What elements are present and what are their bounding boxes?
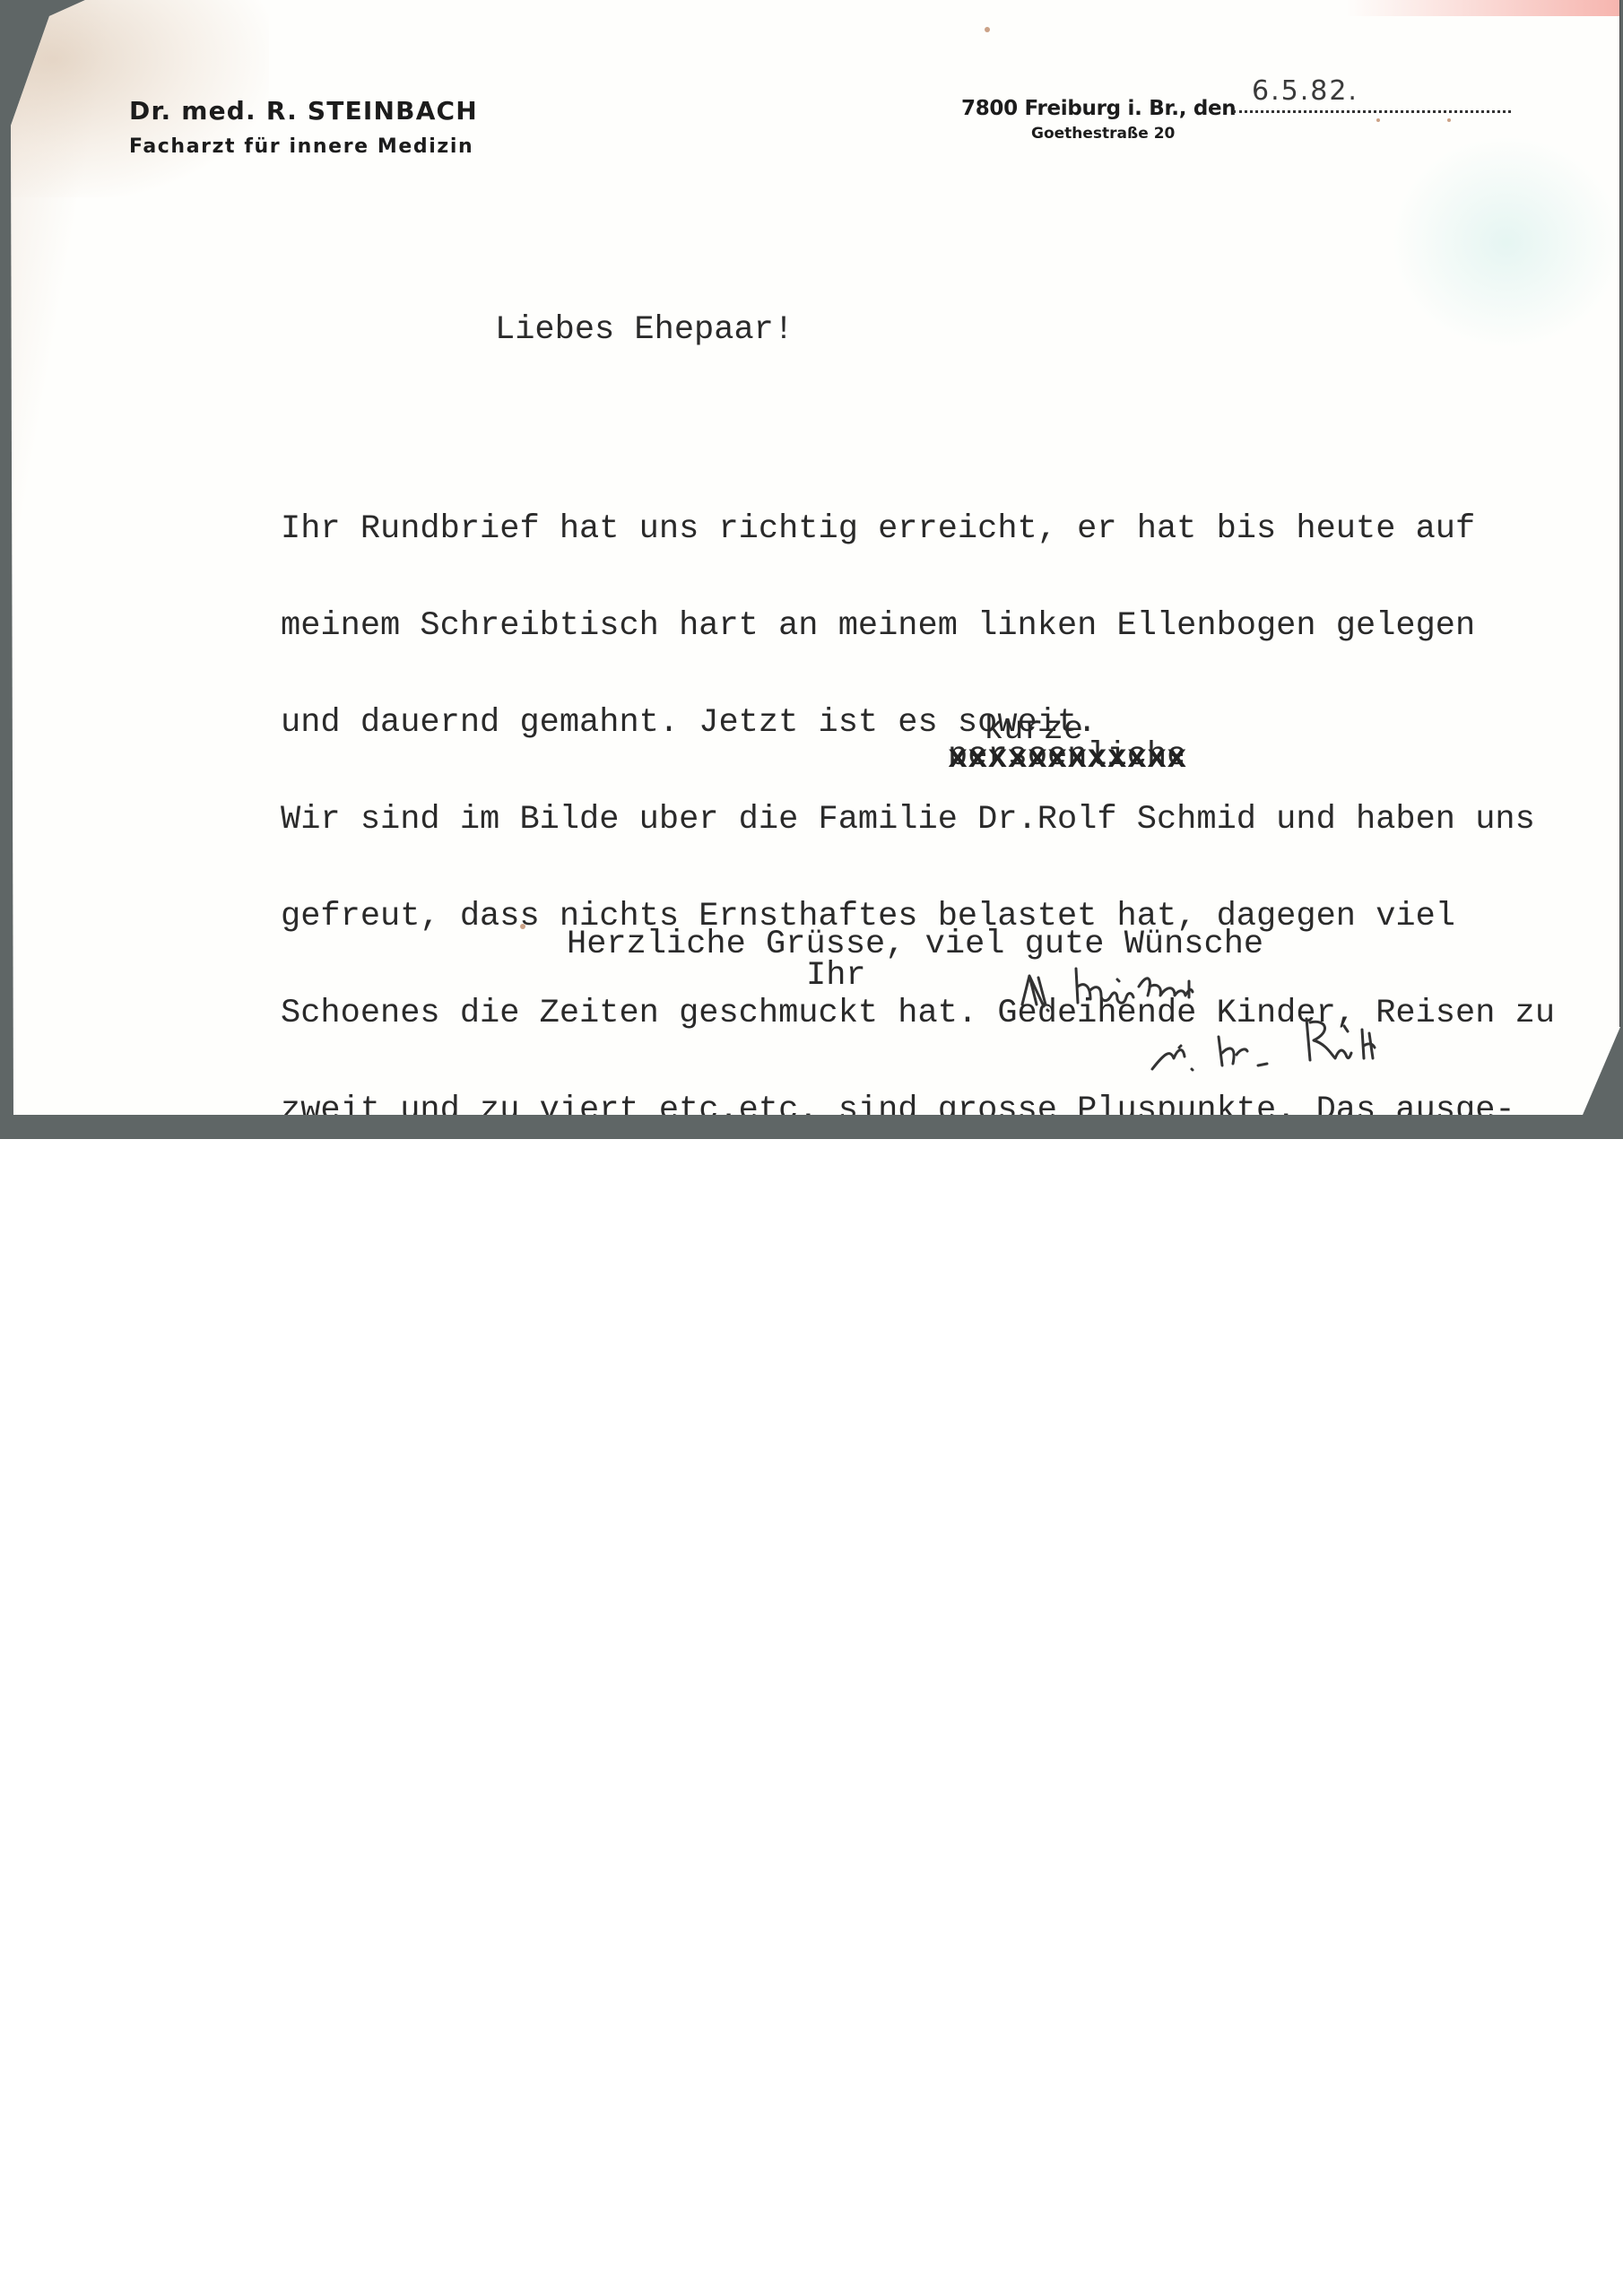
body-line: erhält. <box>281 1869 1615 1901</box>
letter-body: Ihr Rundbrief hat uns richtig erreicht, … <box>281 448 1615 1966</box>
letterhead-specialty: Facharzt für innere Medizin <box>129 133 478 161</box>
letter-paper: Dr. med. R. STEINBACH Facharzt für inner… <box>0 0 1623 1119</box>
letterhead-name: Dr. med. R. STEINBACH <box>129 93 478 129</box>
body-line: ein wundervolles Korsett, das leistungsf… <box>281 1772 1615 1805</box>
body-line: rätselhaft, wie Sie, Herr Abteilungsleit… <box>281 1288 1615 1320</box>
closing-greeting: Herzliche Grüsse, viel gute Wünsche <box>567 928 1263 961</box>
body-line: brochene Japanhobby moege weiter durchge… <box>281 1191 1615 1223</box>
place-date-block: 7800 Freiburg i. Br., den <box>961 93 1236 124</box>
ink-speck <box>1376 118 1380 122</box>
closing-pronoun: Ihr <box>806 960 866 992</box>
body-line: kunft. Vielleicht ein anderes Mal. <box>281 1578 1615 1611</box>
letterhead: Dr. med. R. STEINBACH Facharzt für inner… <box>129 93 478 161</box>
ink-speck <box>1447 118 1451 122</box>
body-line: Wir sind im Bilde uber die Familie Dr.Ro… <box>281 804 1615 836</box>
ink-speck <box>985 27 990 32</box>
signature-ruth <box>1143 1013 1421 1076</box>
body-line: gen. Vermisst habe ich eine ganz Notiz u… <box>281 1385 1615 1417</box>
red-edge-tint <box>1345 0 1623 16</box>
date-dotted-line <box>1233 110 1511 113</box>
body-line: und dauernd gemahnt. Jetzt ist es soweit… <box>281 707 1615 739</box>
body-line: Uns geht es gut. Die schoene Tätigkeit i… <box>281 1675 1615 1708</box>
typed-correction: kurze <box>984 714 1083 746</box>
body-line: meinem Schreibtisch hart an meinem linke… <box>281 610 1615 642</box>
place-line: 7800 Freiburg i. Br., den <box>961 93 1236 124</box>
body-line: Ihr Rundbrief hat uns richtig erreicht, … <box>281 513 1615 545</box>
salutation: Liebes Ehepaar! <box>495 314 794 346</box>
body-line: persoenliche Arbeitsleistung, Forschung,… <box>281 1482 1615 1514</box>
signature-steinbach <box>1013 960 1264 1013</box>
letter-date: 6.5.82. <box>1252 75 1358 107</box>
paper-discoloration <box>1390 135 1623 350</box>
street-address: Goethestraße 20 <box>1031 125 1175 143</box>
ink-speck <box>520 924 525 929</box>
